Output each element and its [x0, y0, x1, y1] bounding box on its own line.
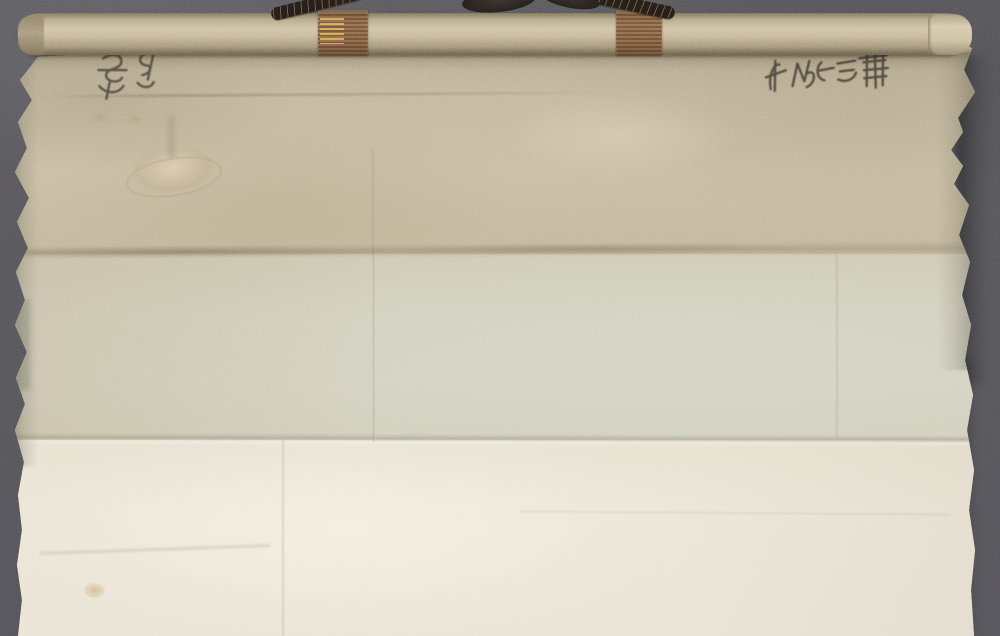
- stain-spot-bottom: [84, 583, 105, 598]
- stain-spot: [92, 112, 109, 123]
- rod-end-right: [928, 14, 972, 55]
- vertical-seam-faint: [372, 150, 374, 254]
- ribbon-gold-threads: [320, 18, 344, 44]
- backing-middle-warm-patch: [0, 254, 385, 440]
- roller-rod: [18, 13, 968, 55]
- backing-section-bottom: [0, 440, 1000, 636]
- ribbon-tie-right: [616, 10, 662, 55]
- rod-end-left: [18, 15, 44, 55]
- stain-spot: [126, 114, 143, 125]
- scroll-sheet-back: [0, 0, 1000, 636]
- scroll-photograph: [0, 0, 1000, 636]
- vertical-seam: [373, 252, 376, 442]
- vertical-seam-right: [836, 254, 838, 438]
- stain-streak: [168, 116, 175, 158]
- bottom-vertical-crease: [282, 440, 284, 636]
